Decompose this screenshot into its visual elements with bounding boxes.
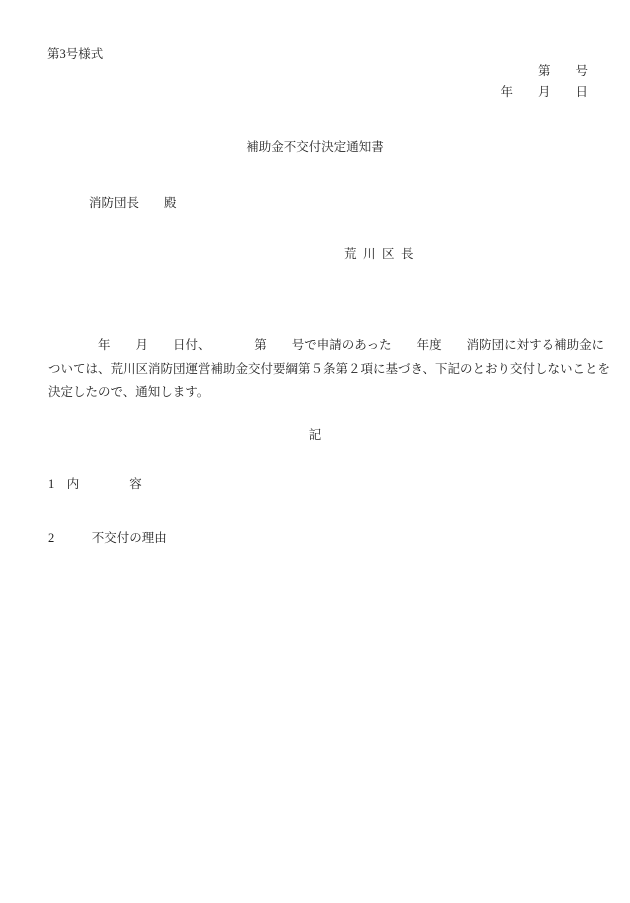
sender-line: 荒川区長: [344, 247, 420, 262]
document-page: 第3号様式 第 号 年 月 日 補助金不交付決定通知書 消防団長 殿 荒川区長 …: [0, 0, 630, 903]
item-1-content: 1 内 容: [48, 477, 142, 492]
body-line-1: 年 月 日付、 第 号で申請のあった 年度 消防団に対する補助金に: [48, 334, 614, 358]
document-title: 補助金不交付決定通知書: [0, 140, 630, 155]
document-number-placeholder: 第 号: [538, 64, 588, 79]
record-section-label: 記: [0, 428, 630, 443]
addressee-line: 消防団長 殿: [89, 196, 177, 211]
body-line-3: 決定したので、通知します。: [48, 381, 614, 405]
item-2-reason-of-nonpayment: 2 不交付の理由: [48, 531, 167, 546]
body-line-2: ついては、荒川区消防団運営補助金交付要綱第５条第２項に基づき、下記のとおり交付し…: [48, 358, 614, 382]
body-paragraph: 年 月 日付、 第 号で申請のあった 年度 消防団に対する補助金に ついては、荒…: [48, 334, 614, 405]
form-code-label: 第3号様式: [47, 47, 103, 62]
document-date-placeholder: 年 月 日: [500, 85, 588, 100]
